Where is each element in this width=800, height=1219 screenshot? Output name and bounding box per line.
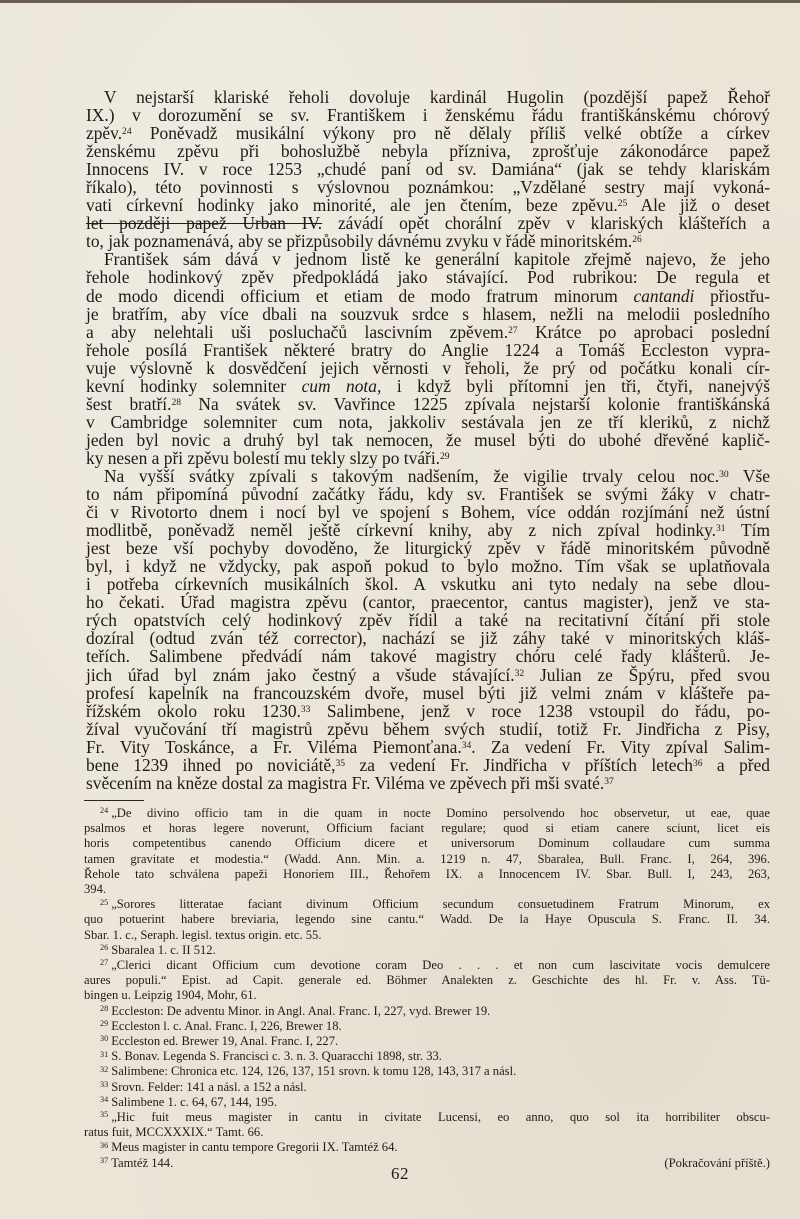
text-run: Julian ze Špýru, před svou <box>524 665 770 685</box>
text-line: i potřeba církevních musikálních škol. A… <box>86 575 770 593</box>
footnote-line: 35„Hic fuit meus magister in cantu in ci… <box>84 1110 770 1125</box>
text-run: profesí kapelník na francouzském dvoře, … <box>86 683 770 703</box>
text-line: svěcením na kněze dostal za magistra Fr.… <box>86 774 770 792</box>
text-run: je bratřím, aby více dbali na souzvuk sr… <box>86 304 770 324</box>
text-run: jich úřad byl znám jako čestný a všude s… <box>86 665 515 685</box>
struck-text: let později papež Urban IV. <box>86 213 322 233</box>
text-run: modlitbě, poněvadž neměl ještě církevní … <box>86 520 716 540</box>
text-run: Poněvadž musikální výkony pro ně dělaly … <box>132 123 770 143</box>
footnote-line: 28Eccleston: De adventu Minor. in Angl. … <box>84 1004 770 1019</box>
footnote-31: 31S. Bonav. Legenda S. Francisci c. 3. n… <box>84 1049 770 1064</box>
footnote-separator <box>84 800 144 801</box>
footnote-ref: 31 <box>716 523 726 534</box>
footnote-number: 27 <box>100 958 108 967</box>
text-line: let později papež Urban IV. závádí opět … <box>86 214 770 232</box>
footnote-number: 32 <box>100 1065 108 1074</box>
text-run: to, jak poznamenává, aby se přizpůsobily… <box>86 231 632 251</box>
text-line: to nám připomíná původní začátky řádu, k… <box>86 485 770 503</box>
footnote-line: quo potuerint habere breviaria, legendo … <box>84 912 770 927</box>
text-line: šest bratří.28 Na svátek sv. Vavřince 12… <box>86 395 770 413</box>
text-line: IX.) v dorozumění se sv. Františkem i že… <box>86 106 770 124</box>
footnote-line: Řehole tato schválena papeži Honoriem II… <box>84 867 770 882</box>
text-line: teřích. Salimbene předvádí nám takové ma… <box>86 647 770 665</box>
footnote-number: 34 <box>100 1095 108 1104</box>
text-run: Innocens IV. v roce 1253 „chudé paní od … <box>86 159 770 179</box>
text-run: za vedení Fr. Jindřicha v příštích letec… <box>345 755 693 775</box>
footnote-line: tamen gravitate et modestia.“ (Wadd. Ann… <box>84 852 770 867</box>
text-line: byl, i když ne vždycky, pak aspoň pokud … <box>86 557 770 575</box>
text-line: vuje výslovně k dosvědčení jejich věrnos… <box>86 359 770 377</box>
text-run: Salimbene, jenž v roce 1238 vstoupil do … <box>310 701 770 721</box>
text-line: Na vyšší svátky zpívali s takovým nadšen… <box>86 467 770 485</box>
text-line: ky nesen a při zpěvu bolestí mu tekly sl… <box>86 449 770 467</box>
footnote-number: 25 <box>100 898 108 907</box>
text-line: Fr. Vity Toskánce, a Fr. Viléma Piemonťa… <box>86 738 770 756</box>
italic-text: cum nota, <box>302 376 382 396</box>
text-run: dozíral (odtud zván též corrector), nach… <box>86 628 770 648</box>
footnote-29: 29Eccleston l. c. Anal. Franc. I, 226, B… <box>84 1019 770 1034</box>
footnote-number: 28 <box>100 1004 108 1013</box>
footnote-ref: 32 <box>515 667 525 678</box>
text-run: jest beze vší pochyby dovoděno, že litur… <box>86 538 770 558</box>
text-run: zpěv. <box>86 123 122 143</box>
text-run: vati církevní hodinky jako minorité, ale… <box>86 195 618 215</box>
footnote-ref: 27 <box>508 324 518 335</box>
footnote-number: 24 <box>100 806 108 815</box>
footnote-ref: 34 <box>462 739 472 750</box>
footnote-line: aures populi.“ Epist. ad Capit. generale… <box>84 973 770 988</box>
text-line: jich úřad byl znám jako čestný a všude s… <box>86 666 770 684</box>
footnote-line: 27„Clerici dicant Officium cum devotione… <box>84 958 770 973</box>
text-run: vuje výslovně k dosvědčení jejich věrnos… <box>86 358 770 378</box>
text-run: či v Rivotorto dnem i nocí byl ve spojen… <box>86 502 770 522</box>
text-run: kevní hodinky solemniter <box>86 376 302 396</box>
scanned-page: V nejstarší klariské řeholi dovoluje kar… <box>0 0 800 1219</box>
text-run: de modo dicendi officium et etiam de mod… <box>86 286 633 306</box>
text-line: je bratřím, aby více dbali na souzvuk sr… <box>86 305 770 323</box>
footnote-35: 35„Hic fuit meus magister in cantu in ci… <box>84 1110 770 1140</box>
text-run: František sám dává v jednom listě ke gen… <box>104 249 770 269</box>
text-line: to, jak poznamenává, aby se přizpůsobily… <box>86 232 770 250</box>
text-run: Tím <box>726 520 770 540</box>
text-run: teřích. Salimbene předvádí nám takové ma… <box>86 646 770 666</box>
footnote-26: 26Sbaralea 1. c. II 512. <box>84 943 770 958</box>
page-number: 62 <box>0 1164 800 1184</box>
footnote-24: 24„De divino officio tam in die quam in … <box>84 806 770 897</box>
text-run: rých opatstvích celý hodinkový zpěv řídi… <box>86 610 770 630</box>
text-run: řehole hodinkový zpěv předpokládá jako s… <box>86 267 770 287</box>
text-run: byl, i když ne vždycky, pak aspoň pokud … <box>86 556 770 576</box>
footnotes: 24„De divino officio tam in die quam in … <box>84 806 770 1171</box>
text-run: bene 1239 ihned po noviciátě, <box>86 755 336 775</box>
footnote-line: ratus fuit, MCCXXXIX.“ Tamt. 66. <box>84 1125 770 1140</box>
footnote-number: 26 <box>100 943 108 952</box>
footnote-line: 32Salimbene: Chronica etc. 124, 126, 137… <box>84 1064 770 1079</box>
footnote-number: 36 <box>100 1141 108 1150</box>
footnote-ref: 33 <box>301 703 311 714</box>
text-run: . Za vedení Fr. Vity zpíval Salim- <box>471 737 770 757</box>
footnote-30: 30Eccleston ed. Brewer 19, Anal. Franc. … <box>84 1034 770 1049</box>
footnote-number: 29 <box>100 1019 108 1028</box>
scan-edge <box>0 0 800 3</box>
text-run: v Cambridge solemniter cum nota, jakkoli… <box>86 412 770 432</box>
footnote-ref: 37 <box>604 776 614 787</box>
text-run: ženskému zpěvu při bohoslužbě nebyla pří… <box>86 141 770 161</box>
text-run: Ale již o deset <box>627 195 770 215</box>
text-line: a aby nelehtali uši posluchačů lascivním… <box>86 323 770 341</box>
footnote-28: 28Eccleston: De adventu Minor. in Angl. … <box>84 1004 770 1019</box>
footnote-25: 25„Sorores litteratae faciant divinum Of… <box>84 897 770 943</box>
text-line: V nejstarší klariské řeholi dovoluje kar… <box>86 88 770 106</box>
text-line: zpěv.24 Poněvadž musikální výkony pro ně… <box>86 124 770 142</box>
text-run: ky nesen a při zpěvu bolestí mu tekly sl… <box>86 448 440 468</box>
text-line: řehole posílá František některé bratry d… <box>86 341 770 359</box>
footnote-27: 27„Clerici dicant Officium cum devotione… <box>84 958 770 1004</box>
footnote-ref: 26 <box>632 234 642 245</box>
text-line: de modo dicendi officium et etiam de mod… <box>86 287 770 305</box>
text-run: a aby nelehtali uši posluchačů lascivním… <box>86 322 508 342</box>
text-run: i potřeba církevních musikálních škol. A… <box>86 574 770 594</box>
footnote-line: 24„De divino officio tam in die quam in … <box>84 806 770 821</box>
footnote-line: 394. <box>84 882 770 897</box>
text-run: a před <box>702 755 770 775</box>
footnote-line: 26Sbaralea 1. c. II 512. <box>84 943 770 958</box>
text-run: jeden byl novic a druhý byl tak nemocen,… <box>86 430 770 450</box>
footnote-34: 34Salimbene 1. c. 64, 67, 144, 195. <box>84 1095 770 1110</box>
footnote-ref: 35 <box>336 757 346 768</box>
text-line: vati církevní hodinky jako minorité, ale… <box>86 196 770 214</box>
text-line: říkalo), této povinnosti s výslovnou poz… <box>86 178 770 196</box>
footnote-line: psalmos et horas legere noverunt, Offici… <box>84 821 770 836</box>
footnote-line: bingen u. Leipzig 1904, Mohr, 61. <box>84 988 770 1003</box>
footnote-line: 30Eccleston ed. Brewer 19, Anal. Franc. … <box>84 1034 770 1049</box>
text-line: kevní hodinky solemniter cum nota, i kdy… <box>86 377 770 395</box>
text-line: bene 1239 ihned po noviciátě,35 za veden… <box>86 756 770 774</box>
footnote-33: 33Srovn. Felder: 141 a násl. a 152 a nás… <box>84 1080 770 1095</box>
text-line: či v Rivotorto dnem i nocí byl ve spojen… <box>86 503 770 521</box>
text-line: jest beze vší pochyby dovoděno, že litur… <box>86 539 770 557</box>
footnote-line: 33Srovn. Felder: 141 a násl. a 152 a nás… <box>84 1080 770 1095</box>
footnote-ref: 24 <box>122 126 132 137</box>
footnote-number: 31 <box>100 1050 108 1059</box>
text-line: ho čekati. Úřad magistra zpěvu (cantor, … <box>86 593 770 611</box>
text-line: profesí kapelník na francouzském dvoře, … <box>86 684 770 702</box>
text-run: Na vyšší svátky zpívali s takovým nadšen… <box>104 466 719 486</box>
footnote-number: 30 <box>100 1034 108 1043</box>
footnote-line: horis competentibus canendo Officium dic… <box>84 836 770 851</box>
text-run: to nám připomíná původní začátky řádu, k… <box>86 484 770 504</box>
text-line: řehole hodinkový zpěv předpokládá jako s… <box>86 268 770 286</box>
italic-text: cantandi <box>633 286 694 306</box>
text-line: dozíral (odtud zván též corrector), nach… <box>86 629 770 647</box>
footnote-32: 32Salimbene: Chronica etc. 124, 126, 137… <box>84 1064 770 1079</box>
text-line: modlitbě, poněvadž neměl ještě církevní … <box>86 521 770 539</box>
text-run: Vše <box>729 466 770 486</box>
footnote-number: 35 <box>100 1110 108 1119</box>
footnote-line: 25„Sorores litteratae faciant divinum Of… <box>84 897 770 912</box>
footnote-line: Sbar. 1. c., Seraph. legisl. textus orig… <box>84 928 770 943</box>
text-run: svěcením na kněze dostal za magistra Fr.… <box>86 773 604 793</box>
footnote-line: 36Meus magister in cantu tempore Gregori… <box>84 1140 770 1155</box>
body-text: V nejstarší klariské řeholi dovoluje kar… <box>86 88 770 792</box>
text-run: šest bratří. <box>86 394 171 414</box>
footnote-ref: 30 <box>719 469 729 480</box>
text-line: řížském okolo roku 1230.33 Salimbene, je… <box>86 702 770 720</box>
text-run: žíval vyučování tří magistrů zpěvu během… <box>86 719 770 739</box>
text-run: Fr. Vity Toskánce, a Fr. Viléma Piemonťa… <box>86 737 462 757</box>
text-run: řehole posílá František některé bratry d… <box>86 340 770 360</box>
text-line: ženskému zpěvu při bohoslužbě nebyla pří… <box>86 142 770 160</box>
text-run: ho čekati. Úřad magistra zpěvu (cantor, … <box>86 592 770 612</box>
text-run: Krátce po aprobaci poslední <box>518 322 770 342</box>
footnote-line: 34Salimbene 1. c. 64, 67, 144, 195. <box>84 1095 770 1110</box>
footnote-36: 36Meus magister in cantu tempore Gregori… <box>84 1140 770 1155</box>
text-run: závádí opět chorální zpěv v klariských k… <box>322 213 770 233</box>
text-run: Na svátek sv. Vavřince 1225 zpívala nejs… <box>181 394 770 414</box>
text-run: IX.) v dorozumění se sv. Františkem i že… <box>86 105 770 125</box>
footnote-ref: 28 <box>171 397 181 408</box>
text-line: František sám dává v jednom listě ke gen… <box>86 250 770 268</box>
footnote-ref: 29 <box>440 451 450 462</box>
text-line: v Cambridge solemniter cum nota, jakkoli… <box>86 413 770 431</box>
text-line: rých opatstvích celý hodinkový zpěv řídi… <box>86 611 770 629</box>
footnote-number: 33 <box>100 1080 108 1089</box>
text-run: přiostřu- <box>694 286 770 306</box>
text-line: Innocens IV. v roce 1253 „chudé paní od … <box>86 160 770 178</box>
footnote-line: 29Eccleston l. c. Anal. Franc. I, 226, B… <box>84 1019 770 1034</box>
footnote-ref: 25 <box>618 198 628 209</box>
text-run: V nejstarší klariské řeholi dovoluje kar… <box>104 87 770 107</box>
text-line: žíval vyučování tří magistrů zpěvu během… <box>86 720 770 738</box>
text-run: říkalo), této povinnosti s výslovnou poz… <box>86 177 770 197</box>
text-run: i když byli přítomni jen tři, čtyři, nan… <box>381 376 770 396</box>
text-line: jeden byl novic a druhý byl tak nemocen,… <box>86 431 770 449</box>
text-run: řížském okolo roku 1230. <box>86 701 301 721</box>
footnote-line: 31S. Bonav. Legenda S. Francisci c. 3. n… <box>84 1049 770 1064</box>
